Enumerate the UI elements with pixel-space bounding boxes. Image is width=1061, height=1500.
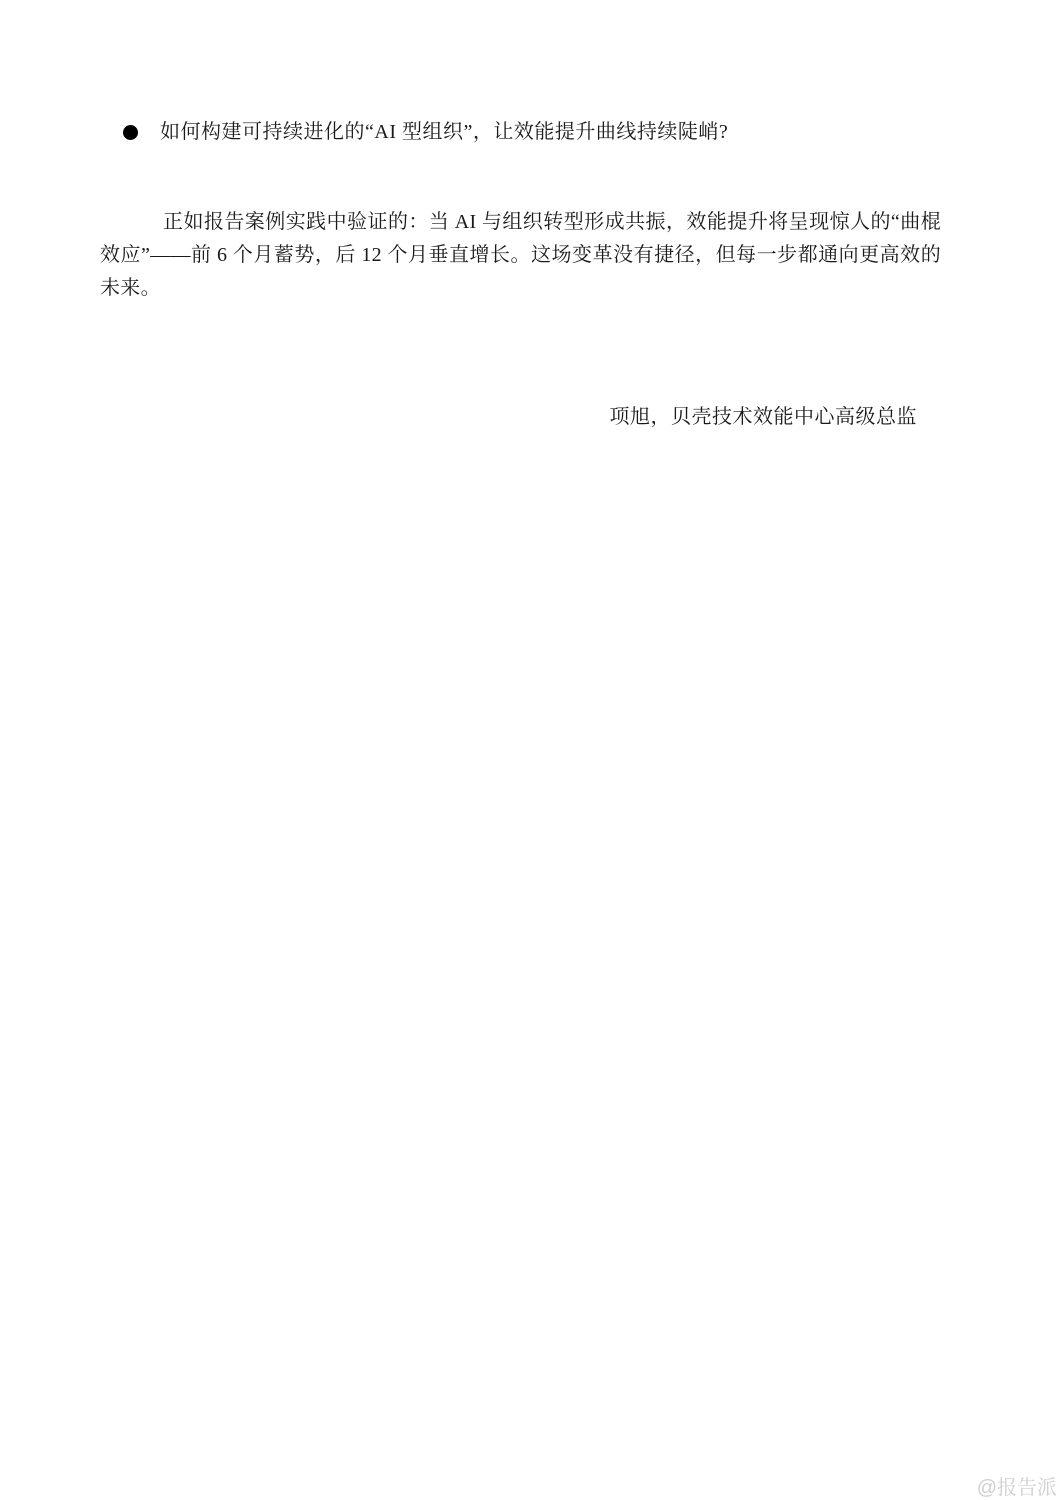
document-page: 如何构建可持续进化的“AI 型组织”，让效能提升曲线持续陡峭? 正如报告案例实践… <box>0 0 1061 1500</box>
signature-line: 项旭，贝壳技术效能中心高级总监 <box>100 401 917 434</box>
bullet-item-text: 如何构建可持续进化的“AI 型组织”，让效能提升曲线持续陡峭? <box>160 119 728 145</box>
body-paragraph: 正如报告案例实践中验证的：当 AI 与组织转型形成共振，效能提升将呈现惊人的“曲… <box>100 206 941 305</box>
bullet-marker-icon <box>123 125 138 140</box>
watermark: @报告派 <box>977 1478 1057 1498</box>
bullet-list-item: 如何构建可持续进化的“AI 型组织”，让效能提升曲线持续陡峭? <box>123 119 728 145</box>
